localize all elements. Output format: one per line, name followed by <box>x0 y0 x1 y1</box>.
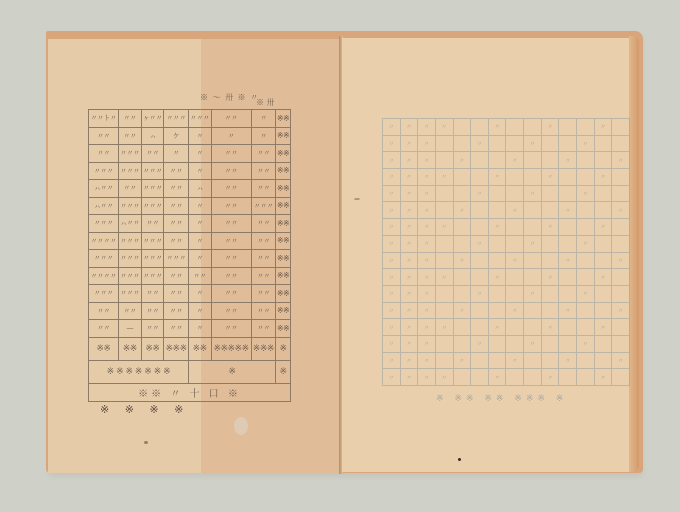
table-cell <box>506 335 524 352</box>
table-cell <box>612 369 630 386</box>
table-cell: 〃 <box>188 250 211 268</box>
table-cell: 〃〃 <box>118 180 141 198</box>
table-cell: 〃〃〃 <box>141 250 164 268</box>
table-cell <box>559 335 577 352</box>
table-cell: ※※ <box>276 145 291 163</box>
paper-stain <box>234 417 248 435</box>
table-cell <box>559 319 577 336</box>
table-cell: 〃 <box>612 252 630 269</box>
table-cell: 〃 <box>471 285 489 302</box>
table-cell <box>524 352 542 369</box>
table-cell: 〃 <box>594 169 612 186</box>
table-cell: 〃 <box>612 152 630 169</box>
table-cell: 〃 <box>418 352 436 369</box>
table-cell: 〃〃 <box>164 285 189 303</box>
table-cell <box>524 119 542 136</box>
table-row: 〃〃〃〃〃〃〃 <box>383 302 630 319</box>
table-cell: 〃 <box>400 302 418 319</box>
table-cell <box>435 185 453 202</box>
table-cell: 〃〃 <box>164 302 189 320</box>
table-cell: 〃 <box>418 235 436 252</box>
table-cell <box>524 169 542 186</box>
table-cell: ※※ <box>276 162 291 180</box>
table-row: 〃〃〃〃〃〃〃〃〃〃〃〃〃〃〃〃※※ <box>89 162 291 180</box>
table-cell <box>559 185 577 202</box>
table-cell <box>506 135 524 152</box>
table-cell: 〃〃 <box>251 215 276 233</box>
table-cell: 〃 <box>400 219 418 236</box>
table-cell: 〃〃 <box>211 320 251 338</box>
table-cell <box>506 369 524 386</box>
table-cell <box>471 352 489 369</box>
table-row: 〃〃〃〃〃〃〃〃〃〃〃〃〃〃〃〃〃※※ <box>89 232 291 250</box>
table-cell: ※※ <box>276 127 291 145</box>
table-cell: 〃〃 <box>164 197 189 215</box>
table-cell <box>612 135 630 152</box>
table-cell: 〃〃 <box>211 215 251 233</box>
table-cell: 〃 <box>541 269 559 286</box>
table-cell <box>541 285 559 302</box>
table-cell: 〃〃 <box>211 180 251 198</box>
table-cell <box>453 235 471 252</box>
table-row: 〃〃〃〃〃〃〃〃〃〃〃〃〃〃〃〃〃〃※※ <box>89 267 291 285</box>
table-cell: 〃 <box>400 285 418 302</box>
table-cell <box>594 252 612 269</box>
table-cell: 〃 <box>541 169 559 186</box>
table-cell: 〃 <box>488 219 506 236</box>
table-cell: 〃 <box>400 369 418 386</box>
table-cell: 〃〃〃 <box>141 162 164 180</box>
table-cell <box>471 302 489 319</box>
table-cell: 〃 <box>383 285 401 302</box>
table-cell: 〃〃〃 <box>89 215 119 233</box>
table-cell <box>435 135 453 152</box>
table-cell <box>471 152 489 169</box>
table-row: 〃〃〃〃〃〃 <box>383 285 630 302</box>
table-cell: 〃 <box>188 285 211 303</box>
table-cell <box>612 335 630 352</box>
table-row: 〃〃〃〃〃〃 <box>383 335 630 352</box>
table-cell <box>453 369 471 386</box>
table-cell <box>435 285 453 302</box>
table-cell <box>612 219 630 236</box>
table-cell: ㇵ <box>141 127 164 145</box>
table-cell: 〃〃 <box>89 127 119 145</box>
table-cell: 〃 <box>453 302 471 319</box>
table-cell: 〃〃 <box>251 162 276 180</box>
table-cell: ※※ <box>276 285 291 303</box>
table-cell: 〃 <box>400 152 418 169</box>
table-cell <box>594 302 612 319</box>
table-cell: 〃 <box>188 215 211 233</box>
table-cell <box>541 135 559 152</box>
table-cell: 〃 <box>400 235 418 252</box>
table-cell <box>541 202 559 219</box>
table-cell: 〃 <box>418 219 436 236</box>
table-cell <box>488 202 506 219</box>
table-cell <box>506 319 524 336</box>
table-cell: ※※ <box>276 110 291 128</box>
table-cell: 〃〃 <box>89 145 119 163</box>
table-cell <box>471 369 489 386</box>
table-cell: ※※※ <box>164 337 189 360</box>
table-cell <box>471 202 489 219</box>
left-caption: ※ ※ ※ ※ <box>100 403 189 416</box>
paper-speck <box>458 458 461 461</box>
table-row: 〃〃ト〃〃〃ヶ〃〃〃〃〃〃〃〃〃〃〃※※ <box>89 110 291 128</box>
table-cell <box>488 252 506 269</box>
table-cell: 〃 <box>559 152 577 169</box>
table-cell <box>577 352 595 369</box>
table-cell: 〃〃 <box>164 215 189 233</box>
table-cell: 〃 <box>506 152 524 169</box>
table-cell: 〃 <box>559 302 577 319</box>
table-cell <box>488 335 506 352</box>
table-cell: 〃 <box>418 302 436 319</box>
table-row: 〃〃〃〃〃〃〃 <box>383 219 630 236</box>
table-cell: 〃〃 <box>89 302 119 320</box>
table-cell <box>612 185 630 202</box>
table-cell: 〃 <box>418 285 436 302</box>
table-cell: 〃 <box>524 335 542 352</box>
table-cell: 〃 <box>418 252 436 269</box>
table-cell: ※※ <box>276 320 291 338</box>
table-cell: 〃〃 <box>211 162 251 180</box>
table-cell: 〃 <box>577 185 595 202</box>
table-cell: 〃 <box>383 185 401 202</box>
table-cell: 〃 <box>383 135 401 152</box>
table-cell <box>577 252 595 269</box>
table-cell: 〃〃 <box>164 232 189 250</box>
table-cell: 〃 <box>188 162 211 180</box>
table-cell: 〃〃〃 <box>89 250 119 268</box>
table-cell: 〃〃 <box>211 250 251 268</box>
table-cell: 〃 <box>541 319 559 336</box>
table-cell: 〃 <box>541 119 559 136</box>
table-cell: 〃〃 <box>211 285 251 303</box>
table-cell: 〃〃 <box>251 180 276 198</box>
table-cell: 〃 <box>188 127 211 145</box>
table-cell <box>435 335 453 352</box>
table-cell: 〃〃 <box>164 162 189 180</box>
table-cell: ㇵ〃〃 <box>89 180 119 198</box>
table-row: ㇵ〃〃〃〃〃〃〃〃〃ㇵ〃〃〃〃※※ <box>89 180 291 198</box>
table-cell: 〃 <box>400 269 418 286</box>
table-row: ㇵ〃〃〃〃〃〃〃〃〃〃〃〃〃〃〃〃※※ <box>89 197 291 215</box>
table-cell: 〃 <box>471 135 489 152</box>
table-cell <box>594 335 612 352</box>
table-cell: 〃 <box>383 302 401 319</box>
table-cell <box>471 319 489 336</box>
table-cell: 〃 <box>383 202 401 219</box>
table-cell: 〃 <box>211 127 251 145</box>
table-cell: 〃 <box>418 152 436 169</box>
table-cell: 〃〃〃 <box>89 162 119 180</box>
table-cell: 〃 <box>524 235 542 252</box>
table-row: ※※※※※※※※※※※※※※※※※※※※ <box>89 337 291 360</box>
table-row: 〃〃〃〃〃〃〃〃〃〃〃〃〃〃〃〃〃※※ <box>89 250 291 268</box>
table-cell: 〃 <box>612 352 630 369</box>
table-cell: 〃 <box>418 135 436 152</box>
table-cell: 〃 <box>453 152 471 169</box>
table-cell <box>577 202 595 219</box>
table-cell <box>453 219 471 236</box>
table-cell <box>577 369 595 386</box>
table-cell: 〃〃 <box>164 320 189 338</box>
table-cell: 〃 <box>488 269 506 286</box>
table-cell <box>594 135 612 152</box>
table-cell: 〃 <box>471 235 489 252</box>
table-cell <box>541 235 559 252</box>
table-cell: 〃 <box>418 335 436 352</box>
table-cell: 〃 <box>383 219 401 236</box>
table-cell: 〃 <box>418 119 436 136</box>
table-cell <box>612 319 630 336</box>
table-cell: 〃 <box>524 285 542 302</box>
table-cell <box>488 135 506 152</box>
table-cell: 〃〃 <box>141 285 164 303</box>
table-cell <box>541 252 559 269</box>
table-cell: ※※ <box>276 197 291 215</box>
table-row: 〃〃〃〃〃〃〃 <box>383 252 630 269</box>
table-cell <box>435 252 453 269</box>
table-cell <box>506 285 524 302</box>
table-cell: ヶ〃〃 <box>141 110 164 128</box>
table-cell: 〃〃 <box>211 145 251 163</box>
table-cell: ※※※※※ <box>211 337 251 360</box>
table-cell: 〃 <box>471 185 489 202</box>
table-cell: ㇵ〃〃 <box>118 215 141 233</box>
table-cell: 〃 <box>612 202 630 219</box>
table-cell <box>524 369 542 386</box>
table-cell: ※※ <box>276 180 291 198</box>
table-cell <box>559 119 577 136</box>
table-cell <box>471 119 489 136</box>
table-cell <box>541 185 559 202</box>
table-cell: 〃 <box>594 369 612 386</box>
table-cell: 〃 <box>383 169 401 186</box>
table-cell: 〃〃〃〃 <box>89 267 119 285</box>
table-cell: 〃 <box>488 119 506 136</box>
table-cell: ㇵ〃〃 <box>89 197 119 215</box>
table-cell <box>506 185 524 202</box>
table-cell: 〃 <box>435 269 453 286</box>
table-cell: 〃〃 <box>251 285 276 303</box>
table-cell: 〃〃 <box>211 267 251 285</box>
table-cell: 〃〃 <box>251 232 276 250</box>
table-cell <box>488 302 506 319</box>
table-cell: ※※ <box>276 232 291 250</box>
table-cell <box>471 269 489 286</box>
table-cell: 〃〃 <box>188 267 211 285</box>
table-cell: 〃 <box>418 202 436 219</box>
table-cell <box>453 335 471 352</box>
table-cell: 〃〃ト〃 <box>89 110 119 128</box>
table-cell: 〃 <box>383 235 401 252</box>
table-cell <box>577 269 595 286</box>
table-cell: 〃 <box>612 302 630 319</box>
table-cell <box>524 152 542 169</box>
table-cell: 〃 <box>577 285 595 302</box>
table-cell: 〃 <box>453 202 471 219</box>
table-row: 〃〃〃〃〃〃〃 <box>383 152 630 169</box>
table-cell: 〃 <box>577 235 595 252</box>
table-cell: 〃〃〃 <box>251 197 276 215</box>
table-cell: ※※ <box>118 337 141 360</box>
table-cell <box>559 369 577 386</box>
table-cell <box>541 302 559 319</box>
table-cell <box>577 219 595 236</box>
table-cell <box>559 219 577 236</box>
table-cell <box>471 252 489 269</box>
table-row: 〃〃〃〃〃〃〃 <box>383 319 630 336</box>
table-cell: 〃〃 <box>211 110 251 128</box>
table-cell: 〃 <box>453 352 471 369</box>
paper-speck <box>354 198 360 200</box>
table-cell <box>524 252 542 269</box>
table-cell: 〃 <box>400 135 418 152</box>
table-cell <box>524 302 542 319</box>
table-cell <box>577 319 595 336</box>
table-cell: 〃 <box>400 335 418 352</box>
table-cell: ※※ <box>141 337 164 360</box>
table-cell: 〃 <box>541 219 559 236</box>
table-cell <box>541 152 559 169</box>
table-cell: 〃 <box>418 185 436 202</box>
right-caption: ※ ※※ ※※ ※※※ ※ <box>436 394 567 404</box>
table-row: 〃〃〃〃〃〃〃 <box>383 352 630 369</box>
table-cell: 〃 <box>435 169 453 186</box>
table-cell: 〃 <box>400 352 418 369</box>
table-row: 〃〃—〃〃〃〃〃〃〃〃〃※※ <box>89 320 291 338</box>
table-cell <box>488 352 506 369</box>
table-cell: 〃 <box>506 202 524 219</box>
table-cell: 〃〃 <box>141 302 164 320</box>
table-row: 〃〃〃〃〃〃〃 <box>383 369 630 386</box>
summary-row: ※ ※ ※ ※ ※ ※ ※※※ <box>89 360 291 383</box>
table-row: 〃〃〃〃〃〃〃 <box>383 169 630 186</box>
table-cell: 〃〃〃 <box>118 267 141 285</box>
table-cell: 〃 <box>435 319 453 336</box>
table-cell: 〃〃 <box>164 180 189 198</box>
table-cell: 〃 <box>164 145 189 163</box>
table-cell: ※※ <box>188 337 211 360</box>
paper-speck <box>144 441 148 444</box>
table-cell: 〃〃〃 <box>118 232 141 250</box>
table-cell: 〃 <box>559 202 577 219</box>
table-cell: 〃 <box>435 119 453 136</box>
table-cell: 〃〃 <box>211 302 251 320</box>
table-cell: 〃〃 <box>251 145 276 163</box>
table-cell: 〃〃〃 <box>164 250 189 268</box>
table-cell <box>577 169 595 186</box>
table-cell: 〃 <box>506 302 524 319</box>
table-cell: 〃〃〃 <box>118 197 141 215</box>
table-cell <box>559 235 577 252</box>
table-cell: 〃〃〃 <box>141 197 164 215</box>
table-cell <box>524 219 542 236</box>
table-cell: 〃 <box>524 135 542 152</box>
table-cell: 〃〃〃 <box>118 250 141 268</box>
table-cell <box>453 269 471 286</box>
table-cell: 〃 <box>188 320 211 338</box>
table-cell <box>612 269 630 286</box>
table-title: ※※ 〃 十 口 ※ <box>89 383 291 401</box>
table-cell: 〃〃 <box>251 267 276 285</box>
table-cell <box>559 135 577 152</box>
table-cell: 〃 <box>188 145 211 163</box>
table-cell: 〃 <box>577 135 595 152</box>
table-cell <box>435 302 453 319</box>
table-cell <box>541 352 559 369</box>
table-cell <box>541 335 559 352</box>
table-cell: 〃〃 <box>251 320 276 338</box>
table-cell: ※ <box>276 360 291 383</box>
table-cell: 〃 <box>418 269 436 286</box>
table-cell: ※※ <box>276 302 291 320</box>
table-cell <box>559 269 577 286</box>
table-cell: 〃〃〃 <box>118 145 141 163</box>
table-cell <box>453 119 471 136</box>
table-cell: 〃〃〃 <box>188 110 211 128</box>
table-cell: 〃 <box>383 269 401 286</box>
table-cell: 〃 <box>400 252 418 269</box>
table-cell: ㇵ <box>188 180 211 198</box>
table-cell: 〃 <box>383 369 401 386</box>
table-cell: 〃〃 <box>164 267 189 285</box>
table-cell <box>435 202 453 219</box>
table-cell <box>435 352 453 369</box>
table-cell <box>612 119 630 136</box>
table-cell: 〃 <box>594 219 612 236</box>
table-cell: 〃〃 <box>118 302 141 320</box>
table-cell: ※※ <box>276 250 291 268</box>
table-row: 〃〃〃〃〃〃 <box>383 185 630 202</box>
table-cell: 〃〃〃 <box>141 232 164 250</box>
table-header-note-2: ※ 卅 <box>256 97 275 108</box>
table-row: 〃〃〃〃〃〃 <box>383 235 630 252</box>
table-cell: 〃 <box>383 319 401 336</box>
table-cell: 〃〃 <box>251 250 276 268</box>
table-row: 〃〃〃ㇵ〃〃〃〃〃〃〃〃〃〃〃※※ <box>89 215 291 233</box>
table-cell: 〃 <box>577 335 595 352</box>
table-cell <box>577 119 595 136</box>
table-cell <box>453 185 471 202</box>
table-cell <box>471 219 489 236</box>
table-cell <box>488 235 506 252</box>
table-cell: ※ <box>188 360 275 383</box>
table-cell: 〃〃 <box>141 145 164 163</box>
table-cell: 〃 <box>400 202 418 219</box>
table-cell: 〃 <box>506 252 524 269</box>
table-cell <box>453 319 471 336</box>
table-cell: 〃 <box>559 252 577 269</box>
table-cell: ※※※ <box>251 337 276 360</box>
table-cell: 〃 <box>418 319 436 336</box>
table-cell <box>594 235 612 252</box>
table-cell <box>488 152 506 169</box>
table-cell: 〃 <box>488 369 506 386</box>
table-cell <box>506 169 524 186</box>
table-cell: 〃〃〃 <box>164 110 189 128</box>
table-cell <box>594 202 612 219</box>
table-cell <box>506 269 524 286</box>
table-cell <box>612 169 630 186</box>
table-cell <box>559 285 577 302</box>
ledger-table: 〃〃ト〃〃〃ヶ〃〃〃〃〃〃〃〃〃〃〃※※〃〃〃〃ㇵケ〃〃〃※※〃〃〃〃〃〃〃〃〃… <box>88 109 291 402</box>
table-cell: 〃〃〃 <box>118 162 141 180</box>
table-cell <box>506 235 524 252</box>
